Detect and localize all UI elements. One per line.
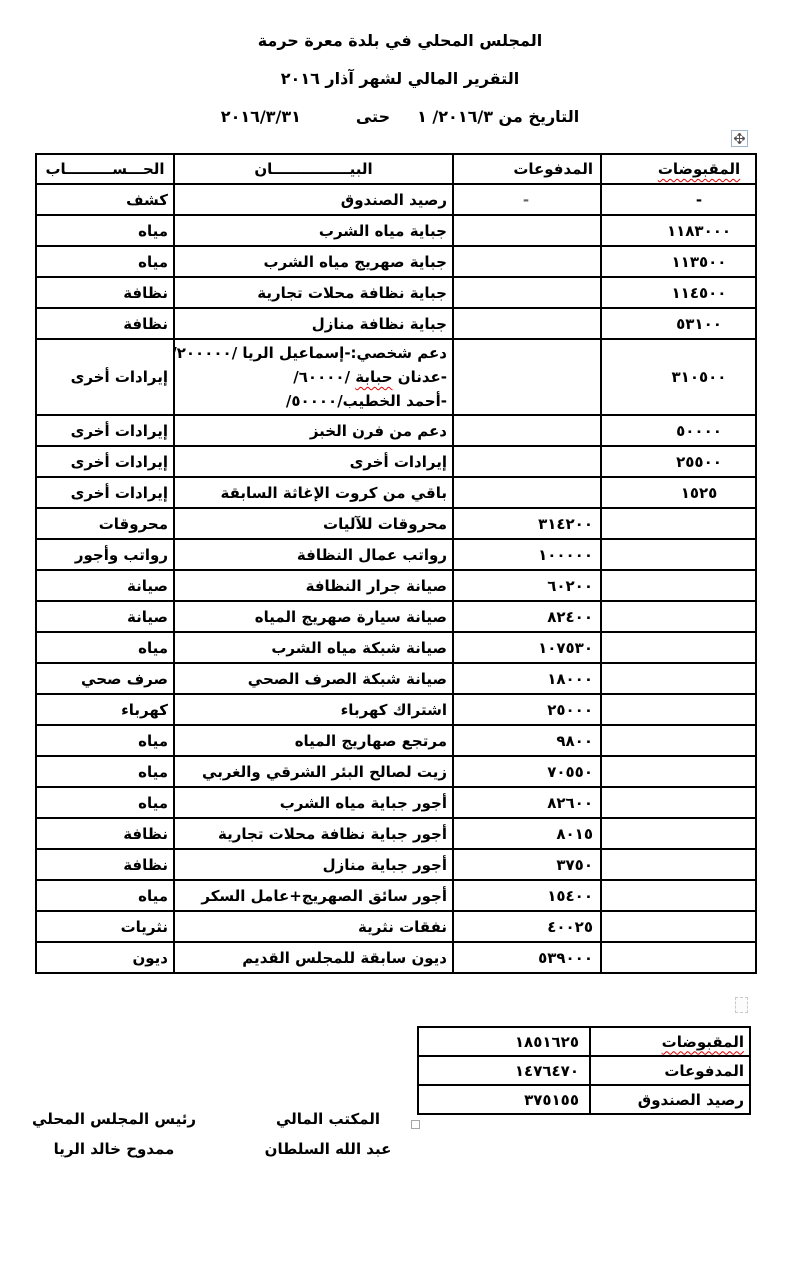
description-line: دعم من فرن الخبز [180, 422, 447, 440]
receipts-cell: ٣١٠٥٠٠ [601, 339, 756, 415]
financial-report-page: { "document": { "title_line1": "المجلس ا… [0, 0, 800, 1276]
table-row: ١١٨٣٠٠٠جباية مياه الشربمياه [36, 215, 756, 246]
description-line: زيت لصالح البئر الشرقي والغربي [180, 763, 447, 781]
table-row: ١٠٠٠٠٠رواتب عمال النظافةرواتب وأجور [36, 539, 756, 570]
date-range-label: التاريخ من [499, 107, 580, 126]
description-line: -عدنان حبابة /٦٠٠٠٠/ [180, 365, 447, 389]
signature-finance-office: المكتب المالي عبد الله السلطان [248, 1104, 408, 1164]
table-row: ١١٤٥٠٠جباية نظافة محلات تجاريةنظافة [36, 277, 756, 308]
payments-cell [453, 308, 601, 339]
description-cell: جباية نظافة محلات تجارية [174, 277, 453, 308]
description-line: -أحمد الخطيب/٥٠٠٠٠/ [180, 389, 447, 413]
summary-table-move-handle-icon[interactable] [735, 997, 748, 1013]
summary-row: المقبوضات١٨٥١٦٢٥ [418, 1027, 750, 1056]
receipts-cell: ١٥٢٥ [601, 477, 756, 508]
receipts-cell [601, 570, 756, 601]
receipts-cell [601, 911, 756, 942]
description-cell: صيانة جرار النظافة [174, 570, 453, 601]
table-row: ١٥٤٠٠أجور سائق الصهريج+عامل السكرمياه [36, 880, 756, 911]
receipts-cell [601, 787, 756, 818]
payments-cell: ٧٠٥٥٠ [453, 756, 601, 787]
account-cell: نثريات [36, 911, 174, 942]
receipts-cell: ١١٣٥٠٠ [601, 246, 756, 277]
summary-row: رصيد الصندوق٣٧٥١٥٥ [418, 1085, 750, 1114]
receipts-cell: ٢٥٥٠٠ [601, 446, 756, 477]
table-row: ٨٢٦٠٠أجور جباية مياه الشربمياه [36, 787, 756, 818]
account-cell: مياه [36, 725, 174, 756]
description-line: صيانة شبكة الصرف الصحي [180, 670, 447, 688]
account-cell: صيانة [36, 570, 174, 601]
description-line: باقي من كروت الإغاثة السابقة [180, 484, 447, 502]
finance-office-title: المكتب المالي [248, 1104, 408, 1134]
table-row: ٨٢٤٠٠صيانة سيارة صهريج المياهصيانة [36, 601, 756, 632]
description-cell: رصيد الصندوق [174, 184, 453, 215]
payments-cell: ١٠٧٥٣٠ [453, 632, 601, 663]
description-cell: صيانة سيارة صهريج المياه [174, 601, 453, 632]
payments-cell: ١٥٤٠٠ [453, 880, 601, 911]
account-cell: رواتب وأجور [36, 539, 174, 570]
receipts-cell: ١١٤٥٠٠ [601, 277, 756, 308]
header-description: البيـــــــــــــــان [174, 154, 453, 184]
receipts-cell [601, 942, 756, 973]
table-row: ٩٨٠٠مرتجع صهاريج المياهمياه [36, 725, 756, 756]
description-line: أجور جباية مياه الشرب [180, 794, 447, 812]
payments-cell: ١٨٠٠٠ [453, 663, 601, 694]
header-receipts: المقبوضات [601, 154, 756, 184]
account-cell: مياه [36, 880, 174, 911]
receipts-cell [601, 818, 756, 849]
account-cell: كهرباء [36, 694, 174, 725]
council-president-title: رئيس المجلس المحلي [24, 1104, 204, 1134]
description-line: مرتجع صهاريج المياه [180, 732, 447, 750]
account-cell: إيرادات أخرى [36, 446, 174, 477]
description-cell: دعم من فرن الخبز [174, 415, 453, 446]
account-cell: مياه [36, 632, 174, 663]
description-cell: صيانة شبكة مياه الشرب [174, 632, 453, 663]
payments-cell: ٨٠١٥ [453, 818, 601, 849]
description-cell: زيت لصالح البئر الشرقي والغربي [174, 756, 453, 787]
signature-council-president: رئيس المجلس المحلي ممدوح خالد الريا [24, 1104, 204, 1164]
financial-report-table: المقبوضات المدفوعات البيـــــــــــــــا… [35, 153, 757, 974]
payments-cell [453, 339, 601, 415]
description-line: صيانة شبكة مياه الشرب [180, 639, 447, 657]
payments-cell [453, 215, 601, 246]
description-cell: أجور جباية منازل [174, 849, 453, 880]
date-range-line: التاريخ من ٢٠١٦/٣/ ١حتى٢٠١٦/٣/٣١ [0, 106, 800, 127]
payments-cell: ٨٢٤٠٠ [453, 601, 601, 632]
summary-label-cell: المقبوضات [590, 1027, 750, 1056]
receipts-cell [601, 694, 756, 725]
table-row: ٢٥٥٠٠إيرادات أخرىإيرادات أخرى [36, 446, 756, 477]
table-row: ٣٧٥٠أجور جباية منازلنظافة [36, 849, 756, 880]
receipts-cell [601, 849, 756, 880]
table-row: ٦٠٢٠٠صيانة جرار النظافةصيانة [36, 570, 756, 601]
receipts-cell [601, 508, 756, 539]
table-row: ٢٥٠٠٠اشتراك كهرباءكهرباء [36, 694, 756, 725]
account-cell: مياه [36, 787, 174, 818]
account-cell: محروقات [36, 508, 174, 539]
payments-cell: ٢٥٠٠٠ [453, 694, 601, 725]
date-to: ٢٠١٦/٣/٣١ [221, 107, 301, 126]
account-cell: إيرادات أخرى [36, 415, 174, 446]
payments-cell [453, 415, 601, 446]
account-cell: كشف [36, 184, 174, 215]
description-cell: جباية مياه الشرب [174, 215, 453, 246]
payments-cell: - [453, 184, 601, 215]
table-row: ١١٣٥٠٠جباية صهريج مياه الشربمياه [36, 246, 756, 277]
account-cell: نظافة [36, 308, 174, 339]
summary-value-cell: ١٨٥١٦٢٥ [418, 1027, 590, 1056]
account-cell: إيرادات أخرى [36, 477, 174, 508]
description-cell: صيانة شبكة الصرف الصحي [174, 663, 453, 694]
payments-cell: ١٠٠٠٠٠ [453, 539, 601, 570]
summary-label-cell: المدفوعات [590, 1056, 750, 1085]
description-line: محروقات للآليات [180, 515, 447, 533]
summary-table-body: المقبوضات١٨٥١٦٢٥المدفوعات١٤٧٦٤٧٠رصيد الص… [418, 1027, 750, 1114]
payments-cell: ٣٧٥٠ [453, 849, 601, 880]
description-cell: أجور جباية مياه الشرب [174, 787, 453, 818]
description-line: أجور جباية منازل [180, 856, 447, 874]
account-cell: صرف صحي [36, 663, 174, 694]
description-line: أجور جباية نظافة محلات تجارية [180, 825, 447, 843]
report-header: المجلس المحلي في بلدة معرة حرمة التقرير … [0, 30, 800, 144]
description-line: نفقات نثرية [180, 918, 447, 936]
description-cell: أجور سائق الصهريج+عامل السكر [174, 880, 453, 911]
payments-cell: ٨٢٦٠٠ [453, 787, 601, 818]
receipts-cell [601, 601, 756, 632]
table-row: ٥٣٩٠٠٠ديون سابقة للمجلس القديمديون [36, 942, 756, 973]
receipts-cell [601, 725, 756, 756]
receipts-cell: - [601, 184, 756, 215]
payments-cell: ٤٠٠٢٥ [453, 911, 601, 942]
receipts-cell: ٥٠٠٠٠ [601, 415, 756, 446]
table-row: ٣١٤٢٠٠محروقات للآلياتمحروقات [36, 508, 756, 539]
table-row: ١٨٠٠٠صيانة شبكة الصرف الصحيصرف صحي [36, 663, 756, 694]
account-cell: مياه [36, 215, 174, 246]
finance-office-name: عبد الله السلطان [248, 1134, 408, 1164]
account-cell: ديون [36, 942, 174, 973]
table-row: ٨٠١٥أجور جباية نظافة محلات تجاريةنظافة [36, 818, 756, 849]
table-header-row: المقبوضات المدفوعات البيـــــــــــــــا… [36, 154, 756, 184]
header-account: الحـــســـــــــاب [36, 154, 174, 184]
description-cell: محروقات للآليات [174, 508, 453, 539]
description-cell: أجور جباية نظافة محلات تجارية [174, 818, 453, 849]
summary-value-cell: ١٤٧٦٤٧٠ [418, 1056, 590, 1085]
table-row: ٥٠٠٠٠دعم من فرن الخبزإيرادات أخرى [36, 415, 756, 446]
payments-cell [453, 277, 601, 308]
receipts-cell [601, 880, 756, 911]
table-row: ٧٠٥٥٠زيت لصالح البئر الشرقي والغربيمياه [36, 756, 756, 787]
receipts-cell [601, 539, 756, 570]
account-cell: إيرادات أخرى [36, 339, 174, 415]
description-cell: إيرادات أخرى [174, 446, 453, 477]
summary-table: المقبوضات١٨٥١٦٢٥المدفوعات١٤٧٦٤٧٠رصيد الص… [417, 1026, 751, 1115]
description-line: دعم شخصي:-إسماعيل الريا /٢٠٠٠٠٠/ [180, 341, 447, 365]
report-title: التقرير المالي لشهر آذار ٢٠١٦ [0, 68, 800, 89]
description-line: جباية مياه الشرب [180, 222, 447, 240]
table-row: ٤٠٠٢٥نفقات نثريةنثريات [36, 911, 756, 942]
description-line: اشتراك كهرباء [180, 701, 447, 719]
payments-cell [453, 477, 601, 508]
payments-cell: ٩٨٠٠ [453, 725, 601, 756]
summary-row: المدفوعات١٤٧٦٤٧٠ [418, 1056, 750, 1085]
receipts-cell: ٥٣١٠٠ [601, 308, 756, 339]
description-cell: دعم شخصي:-إسماعيل الريا /٢٠٠٠٠٠/-عدنان ح… [174, 339, 453, 415]
description-cell: نفقات نثرية [174, 911, 453, 942]
account-cell: مياه [36, 756, 174, 787]
receipts-cell [601, 756, 756, 787]
table-resize-handle-icon[interactable] [411, 1120, 420, 1129]
payments-cell [453, 246, 601, 277]
table-move-handle-icon[interactable] [731, 130, 748, 147]
table-row: ٣١٠٥٠٠دعم شخصي:-إسماعيل الريا /٢٠٠٠٠٠/-ع… [36, 339, 756, 415]
description-line: صيانة سيارة صهريج المياه [180, 608, 447, 626]
date-from: ٢٠١٦/٣/ ١ [417, 107, 493, 126]
payments-cell: ٥٣٩٠٠٠ [453, 942, 601, 973]
description-line: إيرادات أخرى [180, 453, 447, 471]
receipts-cell: ١١٨٣٠٠٠ [601, 215, 756, 246]
description-line: أجور سائق الصهريج+عامل السكر [180, 887, 447, 905]
table-row: ١٠٧٥٣٠صيانة شبكة مياه الشربمياه [36, 632, 756, 663]
payments-cell [453, 446, 601, 477]
payments-cell: ٣١٤٢٠٠ [453, 508, 601, 539]
payments-cell: ٦٠٢٠٠ [453, 570, 601, 601]
description-cell: رواتب عمال النظافة [174, 539, 453, 570]
account-cell: نظافة [36, 277, 174, 308]
table-row: ٥٣١٠٠جباية نظافة منازلنظافة [36, 308, 756, 339]
account-cell: مياه [36, 246, 174, 277]
description-cell: باقي من كروت الإغاثة السابقة [174, 477, 453, 508]
table-row: ١٥٢٥باقي من كروت الإغاثة السابقةإيرادات … [36, 477, 756, 508]
description-cell: ديون سابقة للمجلس القديم [174, 942, 453, 973]
account-cell: نظافة [36, 849, 174, 880]
account-cell: صيانة [36, 601, 174, 632]
description-cell: جباية صهريج مياه الشرب [174, 246, 453, 277]
header-payments: المدفوعات [453, 154, 601, 184]
council-president-name: ممدوح خالد الريا [24, 1134, 204, 1164]
description-cell: مرتجع صهاريج المياه [174, 725, 453, 756]
summary-label-cell: رصيد الصندوق [590, 1085, 750, 1114]
description-line: صيانة جرار النظافة [180, 577, 447, 595]
description-line: رصيد الصندوق [180, 191, 447, 209]
description-line: ديون سابقة للمجلس القديم [180, 949, 447, 967]
description-cell: اشتراك كهرباء [174, 694, 453, 725]
council-title: المجلس المحلي في بلدة معرة حرمة [0, 30, 800, 51]
description-cell: جباية نظافة منازل [174, 308, 453, 339]
receipts-cell [601, 632, 756, 663]
date-until-word: حتى [356, 107, 390, 126]
description-line: رواتب عمال النظافة [180, 546, 447, 564]
receipts-cell [601, 663, 756, 694]
summary-value-cell: ٣٧٥١٥٥ [418, 1085, 590, 1114]
description-line: جباية نظافة منازل [180, 315, 447, 333]
description-line: جباية صهريج مياه الشرب [180, 253, 447, 271]
description-line: جباية نظافة محلات تجارية [180, 284, 447, 302]
report-table-body: --رصيد الصندوقكشف١١٨٣٠٠٠جباية مياه الشرب… [36, 184, 756, 973]
table-row: --رصيد الصندوقكشف [36, 184, 756, 215]
account-cell: نظافة [36, 818, 174, 849]
